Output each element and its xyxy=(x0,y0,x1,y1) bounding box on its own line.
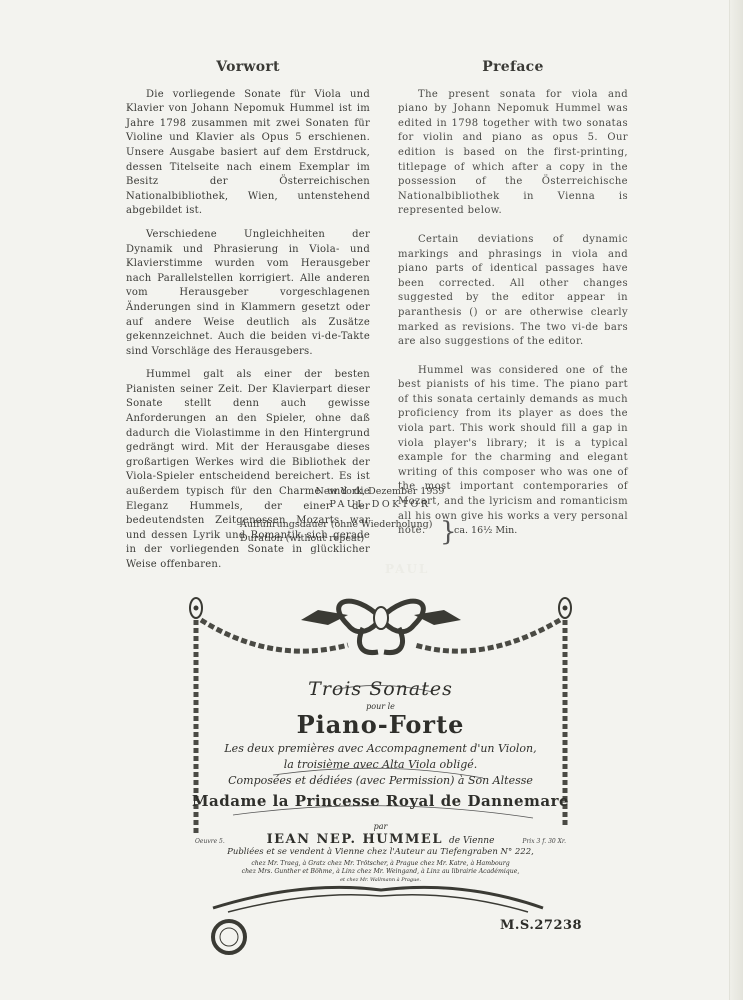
duration-value: ca. 16½ Min. xyxy=(454,525,517,536)
catalog-number: M.S.27238 xyxy=(500,918,582,933)
title-page-dedicatee: Madame la Princesse Royal de Dannemare xyxy=(183,792,578,810)
title-page-composer: IEAN NEP. HUMMEL xyxy=(267,832,443,847)
title-page-publisher-1: Publiées et se vendent à Vienne chez l'A… xyxy=(183,848,578,856)
title-page-title: Trois Sonates xyxy=(183,678,578,700)
title-page-line-3: Composées et dédiées (avec Permission) à… xyxy=(183,774,578,787)
title-page-par: par xyxy=(183,822,578,831)
page-edge xyxy=(729,0,743,1000)
title-page-publisher-2: chez Mr. Traeg, à Gratz chez Mr. Trötsch… xyxy=(183,860,578,868)
title-page-publisher-3: chez Mrs. Gunther et Böhme, à Linz chez … xyxy=(183,868,578,876)
heading-preface: Preface xyxy=(398,60,628,75)
title-page-instrument: Piano-Forte xyxy=(183,710,578,739)
place-date: New York, Dezember 1959 xyxy=(240,486,520,497)
editor-name: PAUL DOKTOR xyxy=(240,499,520,510)
german-paragraph-1: Die vorliegende Sonate für Viola und Kla… xyxy=(126,88,370,219)
title-page-price: Prix 3 f. 30 Xr. xyxy=(522,838,566,845)
signature-block: New York, Dezember 1959 PAUL DOKTOR xyxy=(240,486,520,510)
title-page-opus: Oeuvre 5. xyxy=(195,838,225,845)
title-page-composer-suffix: de Vienne xyxy=(449,836,494,846)
title-page-line-2: la troisième avec Alta Viola obligé. xyxy=(183,758,578,771)
show-through-text: PAUL xyxy=(385,562,429,576)
duration-block: Aufführungsdauer (ohne Wiederholung) Dur… xyxy=(240,518,560,546)
german-paragraph-2: Verschiedene Ungleichheiten der Dynamik … xyxy=(126,228,370,359)
heading-vorwort: Vorwort xyxy=(126,60,370,75)
title-page-composer-line: IEAN NEP. HUMMEL de Vienne xyxy=(183,832,578,847)
english-paragraph-1: The present sonata for viola and piano b… xyxy=(398,88,628,219)
title-page-publisher-4: et chez Mr. Wallmann à Prague. xyxy=(183,876,578,884)
english-paragraph-3: Hummel was considered one of the best pi… xyxy=(398,364,628,539)
preface-english-column: Preface The present sonata for viola and… xyxy=(398,60,628,553)
title-page-line-1: Les deux premières avec Accompagnement d… xyxy=(183,742,578,755)
english-paragraph-2: Certain deviations of dynamic markings a… xyxy=(398,233,628,350)
title-page-engraving: Trois Sonates pour le Piano-Forte Les de… xyxy=(183,590,578,970)
